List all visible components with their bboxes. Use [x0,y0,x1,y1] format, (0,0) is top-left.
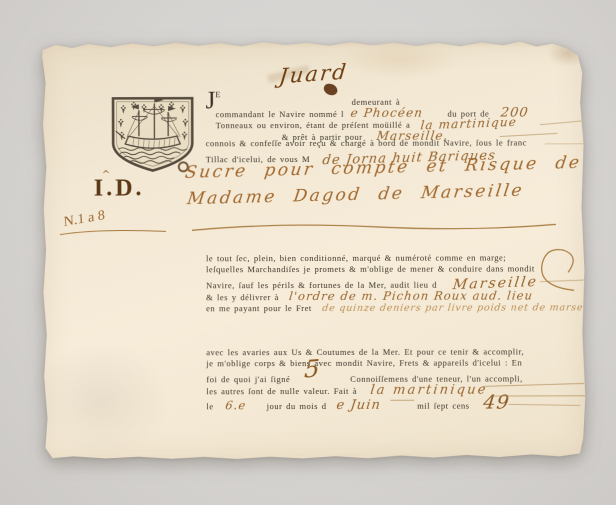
footer-line-1: avec les avaries aux Us & Coutumes de la… [206,346,524,357]
pen-rule [540,120,582,125]
handwritten-day: 6.e [225,398,248,412]
handwritten-captain-name: Juard [278,60,349,89]
paper-stain [30,340,170,460]
drop-cap-e: E [215,89,221,99]
underline-flourish [190,218,560,233]
printed-text: en me payant pour le Fret [206,303,312,313]
middle-line-1: le tout ſec, plein, bien conditionné, ma… [206,252,506,263]
document-paper: ^ I.D. N.1 a 8 JE Juard demeurant à comm… [39,39,586,460]
printed-text: le [206,401,213,411]
paper-sheet: ^ I.D. N.1 a 8 JE Juard demeurant à comm… [39,39,586,460]
printed-text: mil ſept cens [417,401,469,411]
drop-cap-j: J [206,87,216,114]
footer-line-2: je m'oblige corps & biens avec mondit Na… [206,357,522,368]
footer-line-5: le 6.e jour du mois d e Juin mil ſept ce… [206,391,510,414]
torn-edge-shading [39,39,585,49]
middle-line-5: en me payant pour le Fret de quinze deni… [206,297,601,316]
header-line-4: connois & confeſſe avoir reçu & chargé à… [206,137,527,148]
pen-rule [492,395,592,396]
pen-rule [508,404,580,406]
handwritten-cargo-line-2: Madame Dagod de Marseille [186,181,525,209]
printed-text: jour du mois d [267,401,327,411]
corner-crumple-shading [519,39,589,94]
printer-initials: I.D. [94,175,145,202]
pen-rule [545,143,585,144]
pen-rule [500,133,558,137]
handwritten-freight-terms: de quinze deniers par livre poids net de… [321,302,601,314]
middle-line-2: leſquelles Marchandiſes je promets & m'o… [206,263,535,274]
underline-flourish [58,226,170,236]
photo-background: { "photo": { "background_color": "#d6d4d… [0,0,616,505]
handwritten-month: e Juin [336,398,382,413]
